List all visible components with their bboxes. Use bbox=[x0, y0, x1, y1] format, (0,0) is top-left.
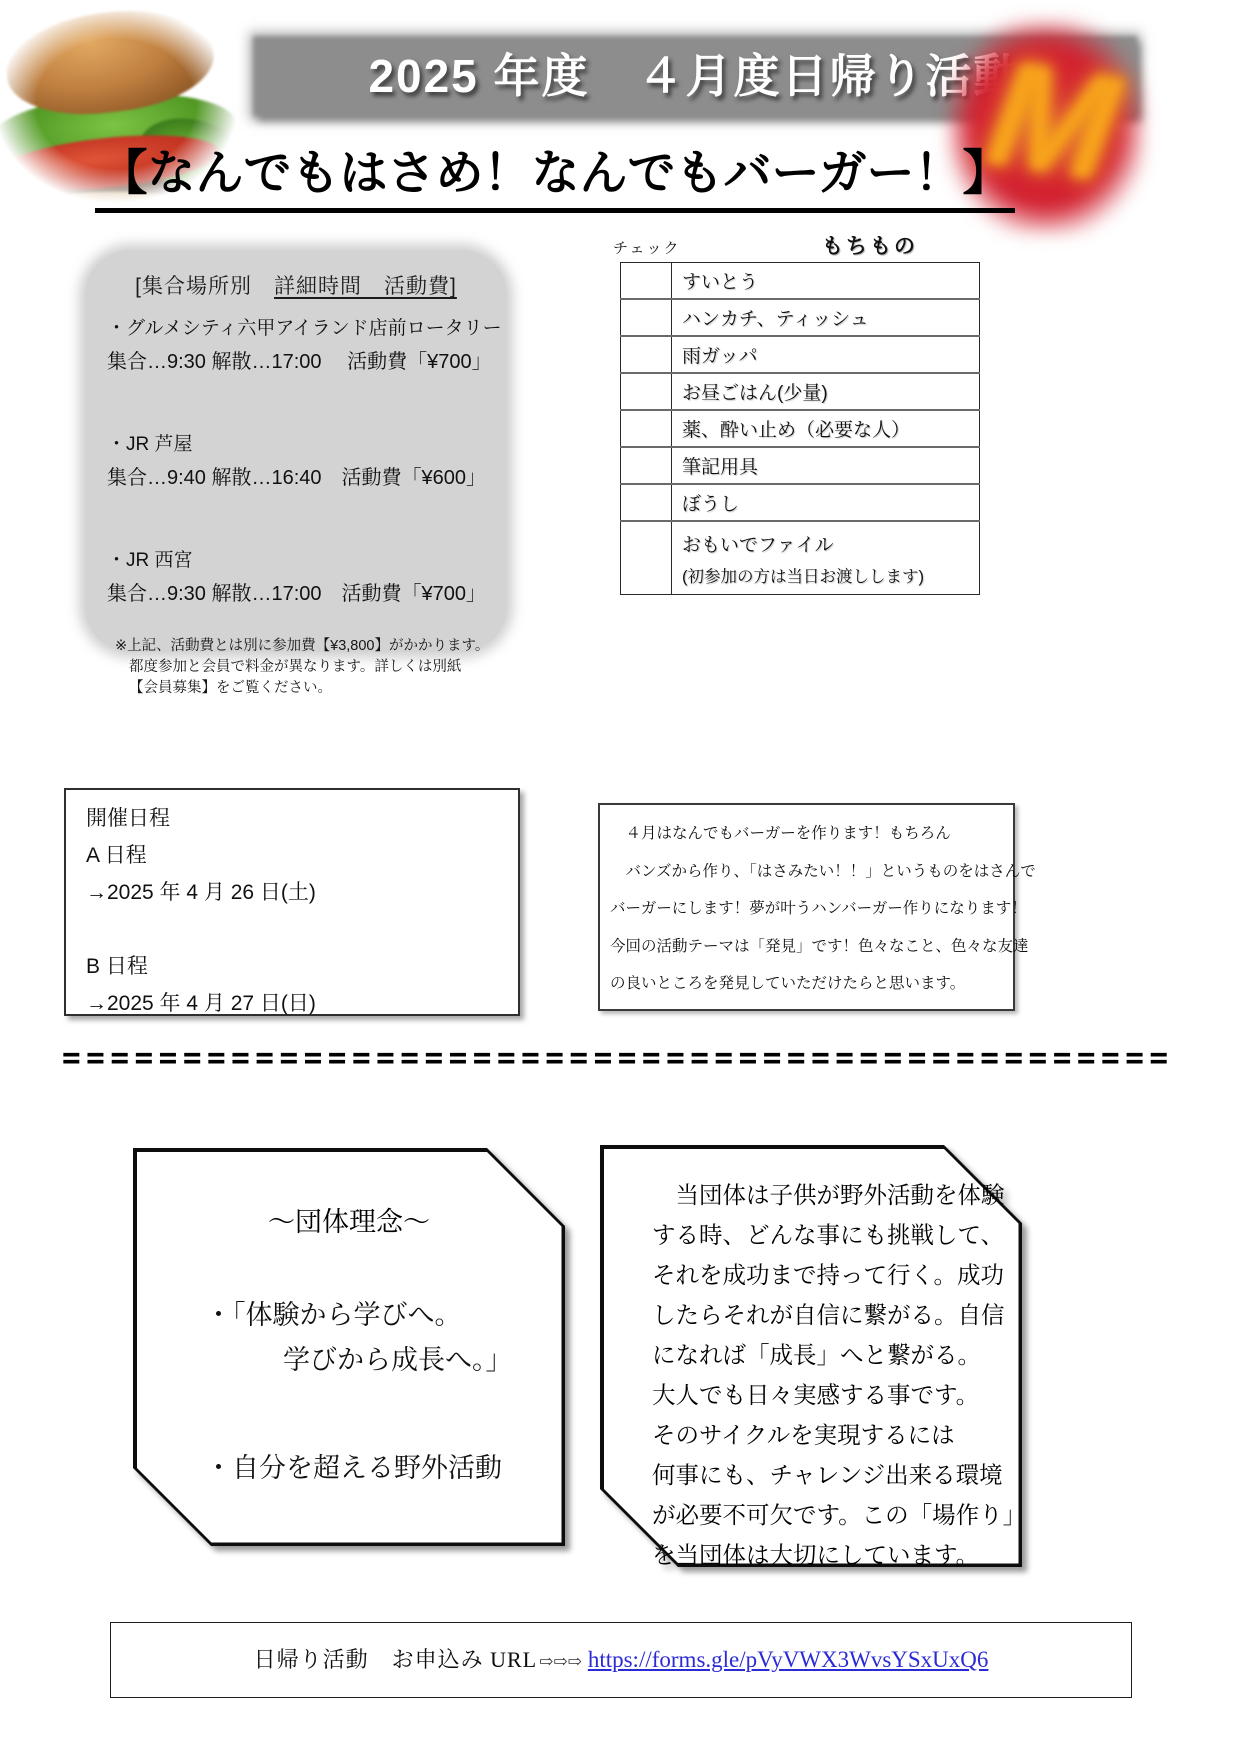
checkbox-cell bbox=[621, 447, 672, 484]
philosophy-line: ・「体験から学びへ。 bbox=[205, 1293, 462, 1332]
flyer-page: 2025 年度 ４月度日帰り活動 M 【なんでもはさめ！なんでもバーガー！】 [… bbox=[0, 0, 1240, 1755]
mission-line: それを成功まで持って行く。成功 bbox=[652, 1255, 1008, 1295]
description-line: バンズから作り、「はさみたい！！」というものをはさんで bbox=[610, 853, 1007, 891]
item-cell: おもいでファイル (初参加の方は当日お渡しします) bbox=[672, 521, 980, 595]
table-row: 雨ガッパ bbox=[621, 336, 980, 373]
table-row: おもいでファイル (初参加の方は当日お渡しします) bbox=[621, 521, 980, 595]
checkbox-cell bbox=[621, 263, 672, 300]
checklist-check-label: チェック bbox=[613, 237, 681, 258]
checkbox-cell bbox=[621, 410, 672, 447]
schedule-b-date: →2025 年 4 月 27 日(日) bbox=[86, 985, 518, 1022]
philosophy-box: ～団体理念～ ・「体験から学びへ。 学びから成長へ。」 ・自分を超える野外活動 bbox=[133, 1148, 565, 1546]
meeting-place: ・グルメシティ六甲アイランド店前ロータリー bbox=[107, 314, 507, 344]
mission-line: する時、どんな事にも挑戦して、 bbox=[652, 1215, 1008, 1255]
item-cell: 雨ガッパ bbox=[672, 336, 980, 373]
mission-line: を当団体は大切にしています。 bbox=[652, 1535, 1008, 1575]
item-sub-label: (初参加の方は当日お渡しします) bbox=[682, 563, 977, 587]
philosophy-line: 学びから成長へ。」 bbox=[283, 1338, 513, 1377]
mission-line: が必要不可欠です。この「場作り」 bbox=[652, 1495, 1008, 1535]
checkbox-cell bbox=[621, 521, 672, 595]
table-row: 薬、酔い止め（必要な人） bbox=[621, 410, 980, 447]
mission-text: 当団体は子供が野外活動を体験 する時、どんな事にも挑戦して、 それを成功まで持っ… bbox=[652, 1175, 1008, 1575]
table-row: ハンカチ、ティッシュ bbox=[621, 299, 980, 336]
description-box: ４月はなんでもバーガーを作ります！もちろん バンズから作り、「はさみたい！！」と… bbox=[598, 803, 1015, 1011]
meeting-place: ・JR 芦屋 bbox=[107, 430, 507, 460]
footer-label: 日帰り活動 お申込み URL bbox=[254, 1647, 538, 1672]
checklist-title: もちもの bbox=[760, 230, 980, 260]
checkbox-cell bbox=[621, 484, 672, 521]
arrow-icons: ⇨⇨⇨ bbox=[539, 1652, 582, 1671]
description-line: 今回の活動テーマは「発見」です！色々なこと、色々な友達 bbox=[610, 928, 1007, 966]
item-cell: ぼうし bbox=[672, 484, 980, 521]
item-cell: 筆記用具 bbox=[672, 447, 980, 484]
checkbox-cell bbox=[621, 336, 672, 373]
mission-line: になれば「成長」へと繋がる。 bbox=[652, 1335, 1008, 1375]
meeting-detail: 集合…9:30 解散…17:00 活動費「¥700」 bbox=[107, 578, 507, 610]
meeting-heading: [集合場所別 詳細時間 活動費] bbox=[85, 270, 507, 300]
description-line: の良いところを発見していただけたらと思います。 bbox=[610, 965, 1007, 1003]
meeting-detail: 集合…9:40 解散…16:40 活動費「¥600」 bbox=[107, 462, 507, 494]
mission-box: 当団体は子供が野外活動を体験 する時、どんな事にも挑戦して、 それを成功まで持っ… bbox=[600, 1145, 1022, 1567]
item-cell: ハンカチ、ティッシュ bbox=[672, 299, 980, 336]
item-cell: すいとう bbox=[672, 263, 980, 300]
checkbox-cell bbox=[621, 373, 672, 410]
meeting-note-line: 都度参加と会員で料金が異なります。詳しくは別紙 bbox=[129, 657, 507, 678]
schedule-a-date: →2025 年 4 月 26 日(土) bbox=[86, 874, 518, 911]
mission-line: 大人でも日々実感する事です。 bbox=[652, 1375, 1008, 1415]
subtitle-row: 【なんでもはさめ！なんでもバーガー！】 bbox=[0, 134, 1110, 213]
schedule-title: 開催日程 bbox=[86, 800, 518, 837]
meeting-entry: ・グルメシティ六甲アイランド店前ロータリー 集合…9:30 解散…17:00 活… bbox=[107, 314, 507, 610]
item-label: おもいでファイル bbox=[682, 535, 834, 556]
meeting-heading-underlined: 詳細時間 活動費] bbox=[274, 275, 457, 298]
table-row: お昼ごはん(少量) bbox=[621, 373, 980, 410]
schedule-b-label: B 日程 bbox=[86, 948, 518, 985]
meeting-note-line: ※上記、活動費とは別に参加費【¥3,800】がかかります。 bbox=[115, 636, 507, 657]
page-title: 【なんでもはさめ！なんでもバーガー！】 bbox=[95, 134, 1014, 213]
checkbox-cell bbox=[621, 299, 672, 336]
meeting-note: ※上記、活動費とは別に参加費【¥3,800】がかかります。 都度参加と会員で料金… bbox=[115, 636, 507, 699]
item-cell: 薬、酔い止め（必要な人） bbox=[672, 410, 980, 447]
checklist-table: すいとう ハンカチ、ティッシュ 雨ガッパ お昼ごはん(少量) 薬、酔い止め（必要… bbox=[620, 262, 980, 595]
mission-line: 当団体は子供が野外活動を体験 bbox=[652, 1175, 1008, 1215]
table-row: すいとう bbox=[621, 263, 980, 300]
philosophy-line: ・自分を超える野外活動 bbox=[205, 1446, 502, 1485]
equals-divider: ========================================… bbox=[62, 1040, 1174, 1080]
description-line: バーガーにします！夢が叶うハンバーガー作りになります！ bbox=[610, 890, 1007, 928]
footer-box: 日帰り活動 お申込み URL⇨⇨⇨https://forms.gle/pVyVW… bbox=[110, 1622, 1132, 1698]
meeting-info-box: [集合場所別 詳細時間 活動費] ・グルメシティ六甲アイランド店前ロータリー 集… bbox=[85, 250, 507, 652]
philosophy-title: ～団体理念～ bbox=[133, 1200, 565, 1239]
item-cell: お昼ごはん(少量) bbox=[672, 373, 980, 410]
schedule-a-label: A 日程 bbox=[86, 837, 518, 874]
meeting-heading-prefix: [集合場所別 bbox=[135, 275, 274, 298]
table-row: 筆記用具 bbox=[621, 447, 980, 484]
table-row: ぼうし bbox=[621, 484, 980, 521]
mission-line: そのサイクルを実現するには bbox=[652, 1415, 1008, 1455]
meeting-note-line: 【会員募集】をご覧ください。 bbox=[129, 678, 507, 699]
signup-link[interactable]: https://forms.gle/pVyVWX3WvsYSxUxQ6 bbox=[588, 1647, 989, 1672]
mission-line: したらそれが自信に繋がる。自信 bbox=[652, 1295, 1008, 1335]
description-line: ４月はなんでもバーガーを作ります！もちろん bbox=[610, 815, 1007, 853]
mission-line: 何事にも、チャレンジ出来る環境 bbox=[652, 1455, 1008, 1495]
meeting-detail: 集合…9:30 解散…17:00 活動費「¥700」 bbox=[107, 346, 507, 378]
schedule-box: 開催日程 A 日程 →2025 年 4 月 26 日(土) B 日程 →2025… bbox=[64, 788, 520, 1016]
meeting-place: ・JR 西宮 bbox=[107, 546, 507, 576]
